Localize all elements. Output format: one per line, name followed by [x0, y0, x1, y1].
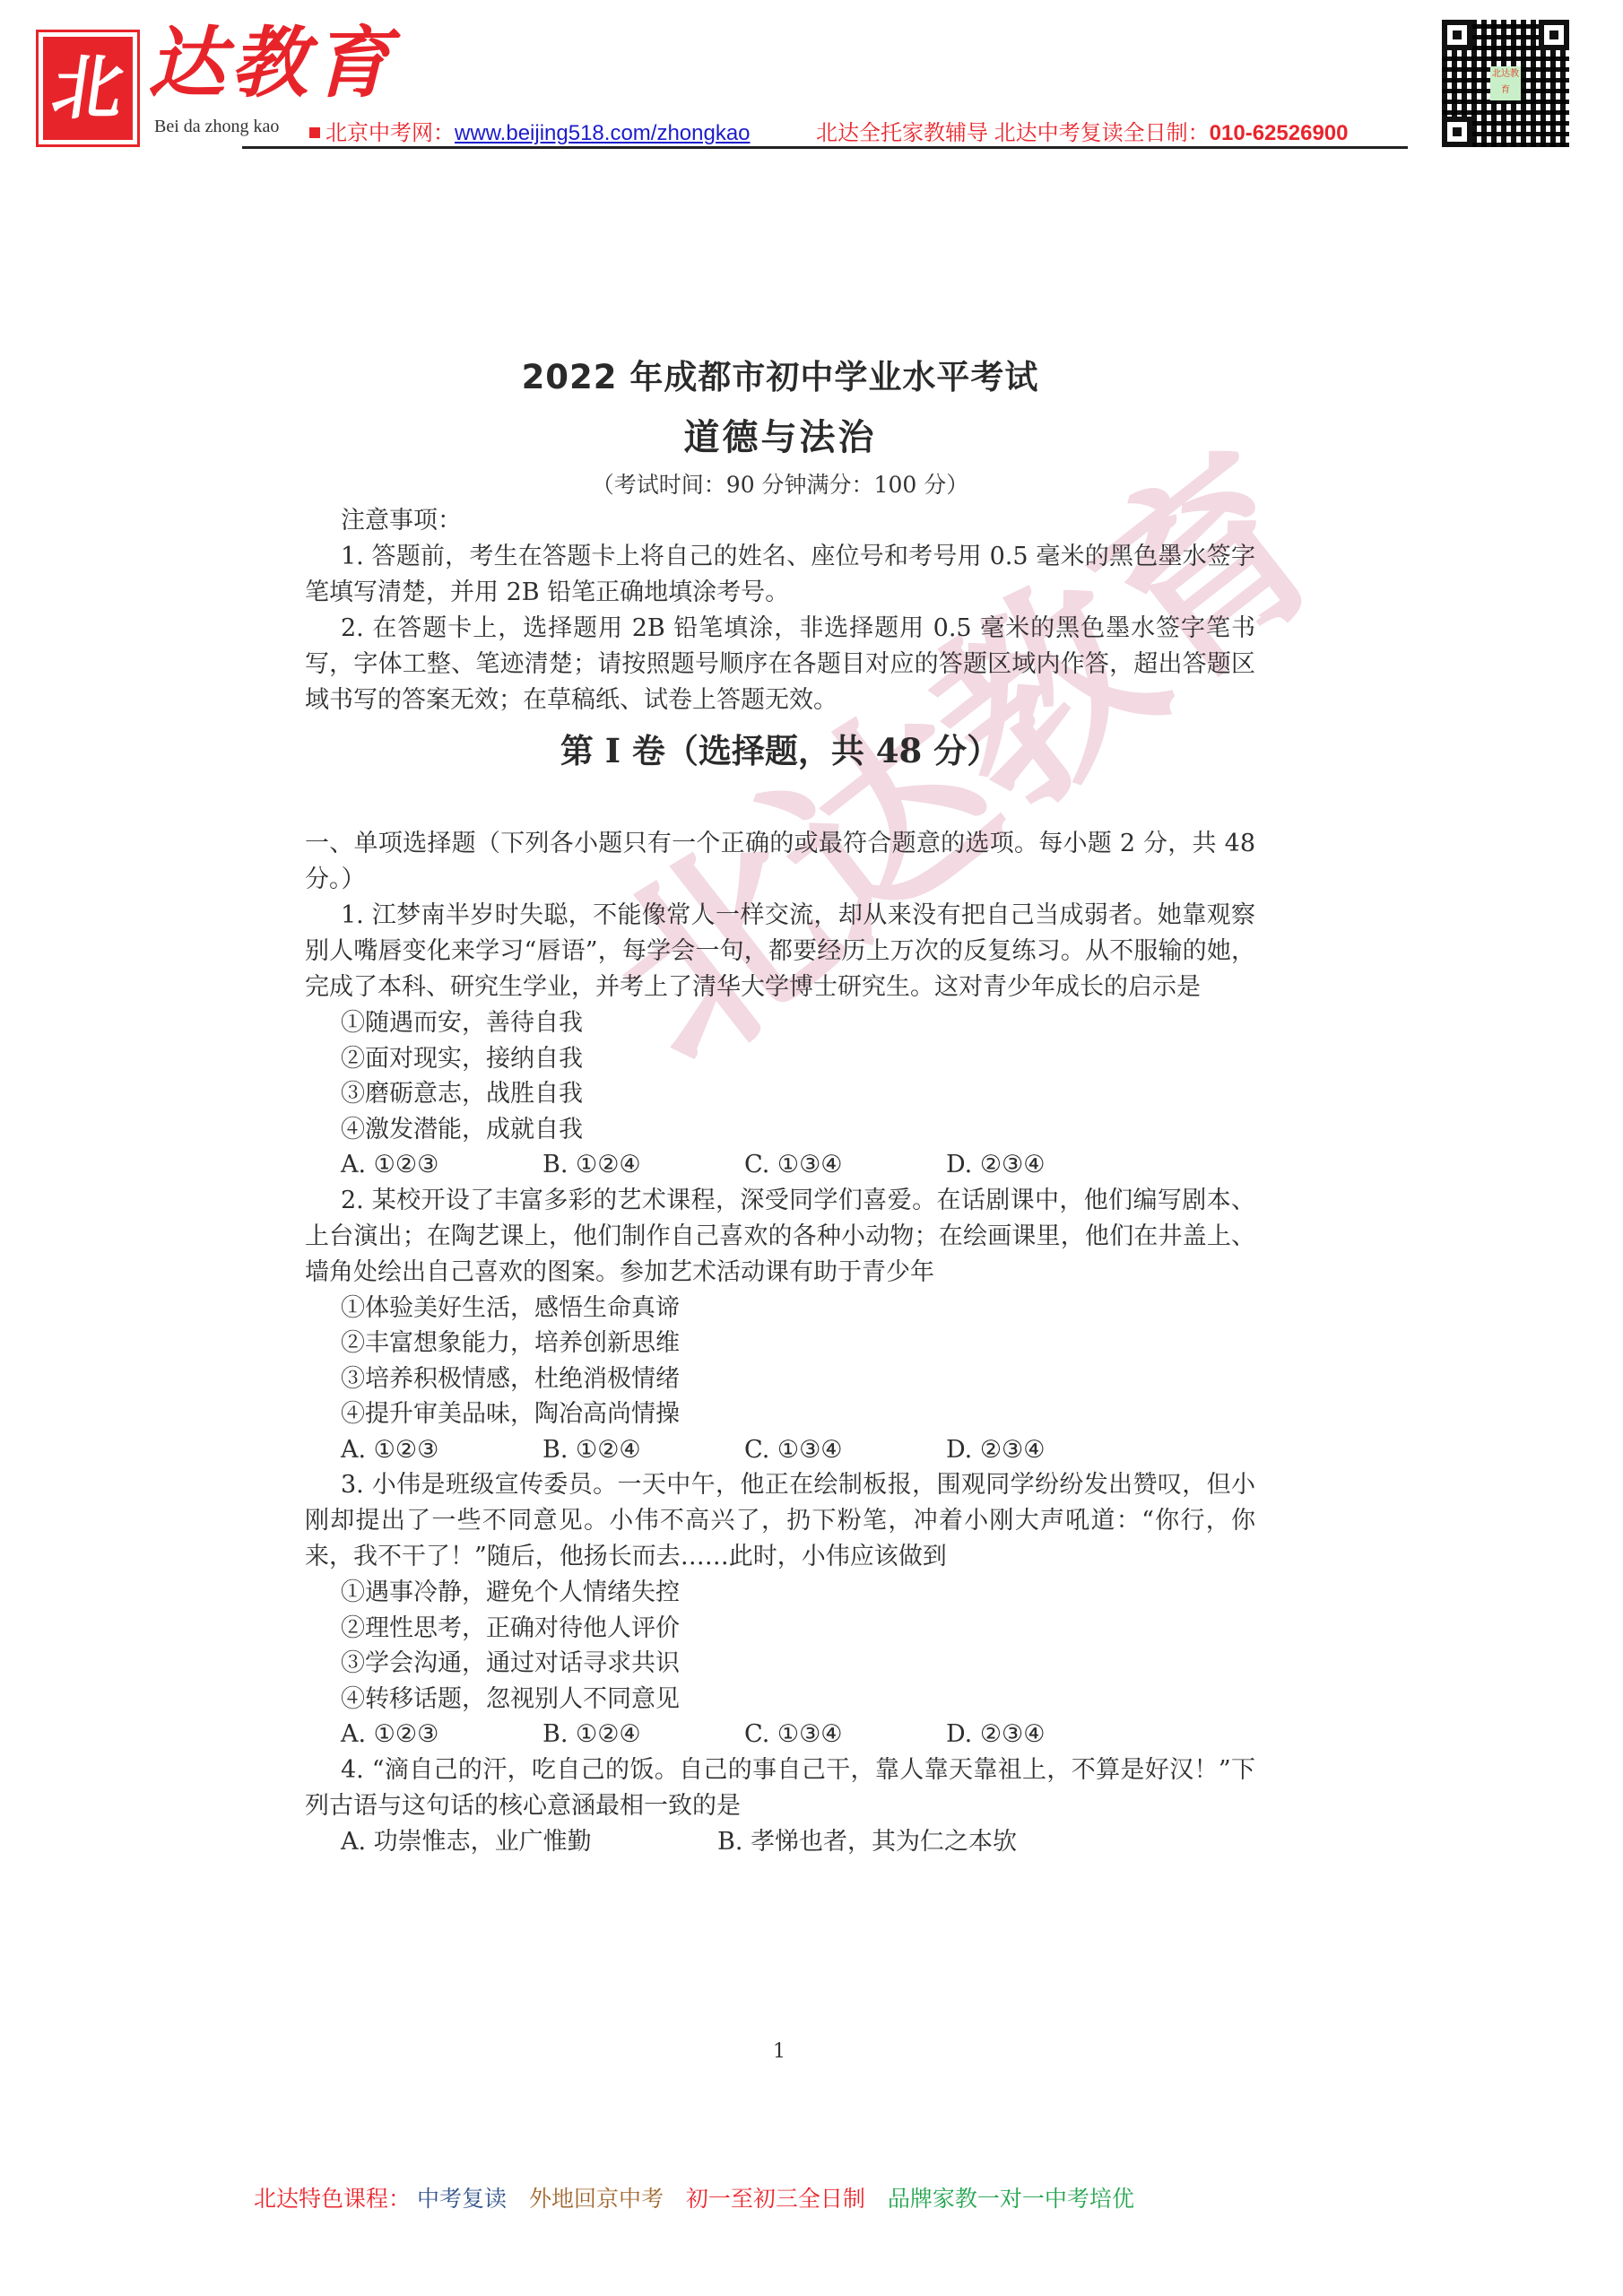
- site-link[interactable]: www.beijing518.com/zhongkao: [455, 121, 751, 145]
- statement-option: ①遇事冷静，避免个人情绪失控: [305, 1575, 1255, 1611]
- question-stem: 2. 某校开设了丰富多彩的艺术课程，深受同学们喜爱。在话剧课中，他们编写剧本、上…: [305, 1183, 1255, 1291]
- bullet-square-icon: [309, 127, 320, 138]
- notice-heading: 注意事项：: [305, 503, 1255, 539]
- statement-option: ②面对现实，接纳自我: [305, 1041, 1255, 1077]
- answer-choices: A. ①②③ B. ①②④ C. ①③④ D. ②③④: [305, 1717, 1255, 1752]
- choice-b: B. ①②④: [542, 1147, 744, 1183]
- choice-c: C. ①③④: [744, 1432, 946, 1468]
- logo-char: 北: [48, 54, 128, 124]
- services-text: 北达全托家教辅导 北达中考复读全日制：: [816, 121, 1210, 145]
- section-title: 第 I 卷（选择题，共 48 分）: [305, 724, 1255, 772]
- services-info: 北达全托家教辅导 北达中考复读全日制：010-62526900: [816, 115, 1349, 146]
- footer-course[interactable]: 中考复读: [417, 2187, 507, 2212]
- statement-option: ④激发潜能，成就自我: [305, 1112, 1255, 1148]
- statement-option: ②丰富想象能力，培养创新思维: [305, 1326, 1255, 1361]
- answer-choices: A. ①②③ B. ①②④ C. ①③④ D. ②③④: [305, 1147, 1255, 1183]
- answer-choices: A. 功崇惟志，业广惟勤 B. 孝悌也者，其为仁之本欤: [305, 1824, 1255, 1860]
- choice-a: A. ①②③: [341, 1432, 542, 1468]
- choice-b: B. ①②④: [542, 1432, 744, 1468]
- qr-center-logo: 北达教育: [1490, 66, 1521, 100]
- choice-a: A. 功崇惟志，业广惟勤: [341, 1824, 717, 1860]
- choice-d: D. ②③④: [946, 1432, 1045, 1468]
- site-info: 北京中考网：www.beijing518.com/zhongkao: [309, 115, 751, 146]
- qr-finder: [1442, 117, 1472, 147]
- brand-logo-seal: 北: [36, 30, 140, 147]
- footer-course[interactable]: 品牌家教一对一中考培优: [888, 2187, 1134, 2212]
- sub-brand: Bei da zhong kao: [154, 117, 279, 137]
- statement-option: ③学会沟通，通过对话寻求共识: [305, 1646, 1255, 1682]
- statement-option: ①体验美好生活，感悟生命真谛: [305, 1291, 1255, 1326]
- answer-choices: A. ①②③ B. ①②④ C. ①③④ D. ②③④: [305, 1432, 1255, 1468]
- statement-option: ②理性思考，正确对待他人评价: [305, 1611, 1255, 1647]
- qr-finder: [1539, 20, 1569, 50]
- notice-item: 1. 答题前，考生在答题卡上将自己的姓名、座位号和考号用 0.5 毫米的黑色墨水…: [305, 539, 1255, 611]
- footer-course[interactable]: 外地回京中考: [529, 2187, 664, 2212]
- question-stem: 4. “滴自己的汗，吃自己的饭。自己的事自己干，靠人靠天靠祖上，不算是好汉！”下…: [305, 1752, 1255, 1824]
- choice-a: A. ①②③: [341, 1147, 542, 1183]
- exam-title: 2022 年成都市初中学业水平考试: [305, 350, 1255, 398]
- qr-code-icon: 北达教育: [1442, 20, 1569, 147]
- exam-subject: 道德与法治: [305, 409, 1255, 460]
- footer-courses: 北达特色课程： 中考复读 外地回京中考 初一至初三全日制 品牌家教一对一中考培优: [254, 2181, 1150, 2213]
- choice-b: B. 孝悌也者，其为仁之本欤: [717, 1824, 1017, 1860]
- statement-option: ③培养积极情感，杜绝消极情绪: [305, 1361, 1255, 1397]
- statement-option: ④提升审美品味，陶冶高尚情操: [305, 1396, 1255, 1432]
- question-1: 1. 江梦南半岁时失聪，不能像常人一样交流，却从来没有把自己当成弱者。她靠观察别…: [305, 898, 1255, 1183]
- choice-c: C. ①③④: [744, 1717, 946, 1752]
- choice-c: C. ①③④: [744, 1147, 946, 1183]
- choice-d: D. ②③④: [946, 1717, 1045, 1752]
- choice-d: D. ②③④: [946, 1147, 1045, 1183]
- question-4: 4. “滴自己的汗，吃自己的饭。自己的事自己干，靠人靠天靠祖上，不算是好汉！”下…: [305, 1752, 1255, 1860]
- notice-item: 2. 在答题卡上，选择题用 2B 铅笔填涂，非选择题用 0.5 毫米的黑色墨水签…: [305, 611, 1255, 718]
- part-instruction: 一、单项选择题（下列各小题只有一个正确的或最符合题意的选项。每小题 2 分，共 …: [305, 826, 1255, 898]
- exam-document: 2022 年成都市初中学业水平考试 道德与法治 （考试时间：90 分钟满分：10…: [305, 350, 1255, 1860]
- question-stem: 1. 江梦南半岁时失聪，不能像常人一样交流，却从来没有把自己当成弱者。她靠观察别…: [305, 898, 1255, 1005]
- site-label: 北京中考网：: [325, 121, 455, 145]
- brand-logo-text: 达教育: [148, 25, 395, 102]
- statement-option: ①随遇而安，善待自我: [305, 1005, 1255, 1041]
- phone-number: 010-62526900: [1210, 121, 1349, 145]
- page-number: 1: [773, 2040, 785, 2063]
- question-3: 3. 小伟是班级宣传委员。一天中午，他正在绘制板报，围观同学纷纷发出赞叹，但小刚…: [305, 1467, 1255, 1752]
- question-2: 2. 某校开设了丰富多彩的艺术课程，深受同学们喜爱。在话剧课中，他们编写剧本、上…: [305, 1183, 1255, 1468]
- statement-option: ④转移话题，忽视别人不同意见: [305, 1682, 1255, 1718]
- exam-info: （考试时间：90 分钟满分：100 分）: [305, 467, 1255, 500]
- question-stem: 3. 小伟是班级宣传委员。一天中午，他正在绘制板报，围观同学纷纷发出赞叹，但小刚…: [305, 1467, 1255, 1575]
- choice-b: B. ①②④: [542, 1717, 744, 1752]
- footer-label: 北达特色课程：: [254, 2187, 411, 2212]
- qr-finder: [1442, 20, 1472, 50]
- choice-a: A. ①②③: [341, 1717, 542, 1752]
- statement-option: ③磨砺意志，战胜自我: [305, 1076, 1255, 1112]
- header-divider: [242, 146, 1408, 149]
- footer-course[interactable]: 初一至初三全日制: [686, 2187, 865, 2212]
